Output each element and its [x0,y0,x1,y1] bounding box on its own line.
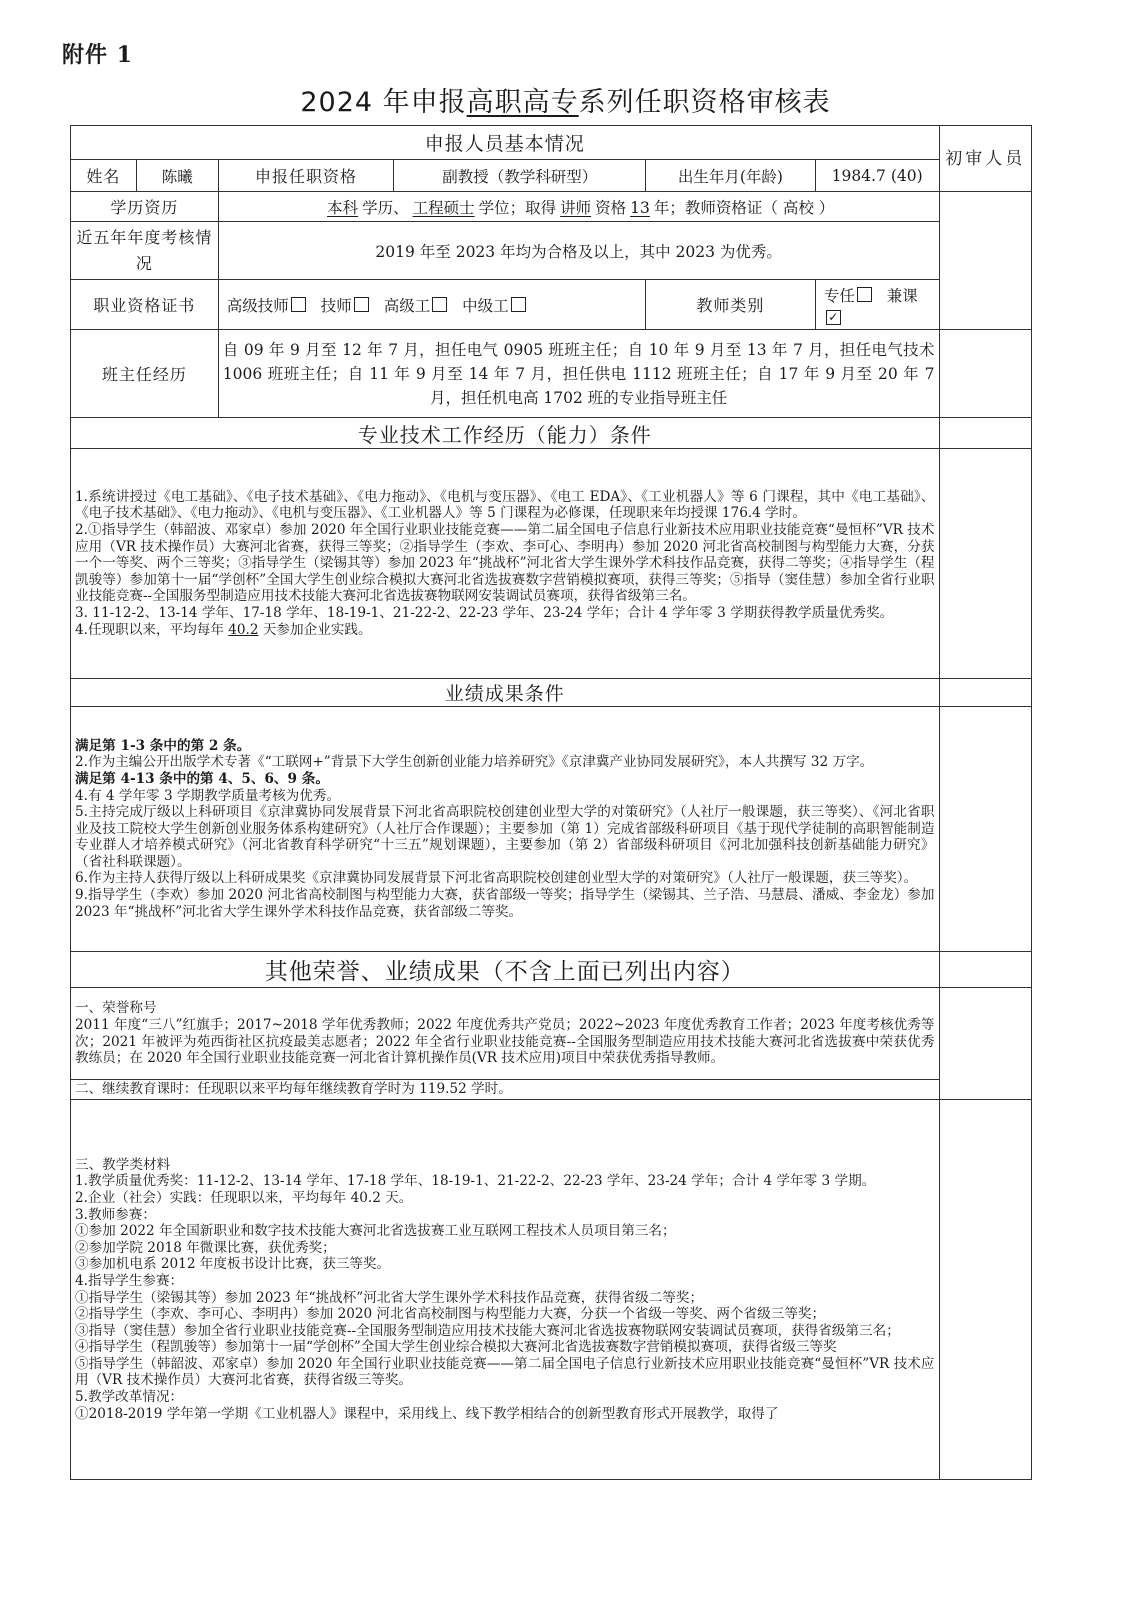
education-hours: 二、继续教育课时：任现职以来平均每年继续教育学时为 119.52 学时。 [71,1080,940,1100]
achievements-content: 满足第 1-3 条中的第 2 条。 2.作为主编公开出版学术专著《“工联网+”背… [71,707,940,952]
reviewer-cell-professional-head [939,418,1031,449]
head-teacher-label: 班主任经历 [71,330,219,418]
teacher-type-options: 专任 兼课✓ [815,280,939,330]
professional-item-3: 3. 11-12-2、13-14 学年、17-18 学年、18-19-1、21-… [75,605,935,622]
qualification-review-form: 申报人员基本情况 初审人员 姓名 陈曦 申报任职资格 副教授（教学科研型） 出生… [70,125,1032,1480]
name-label: 姓名 [71,160,137,192]
section-achievements-title: 业绩成果条件 [71,679,940,707]
professional-item-2: 2.①指导学生（韩韶波、邓家卓）参加 2020 年全国行业职业技能竞赛——第二届… [75,522,935,605]
checkbox-full-time[interactable] [857,287,872,302]
qualification-value: 副教授（教学科研型） [394,160,646,192]
reviewer-cell-achievements [939,707,1031,952]
checkbox-intermediate-worker[interactable] [511,297,526,312]
achievement-line: 满足第 1-3 条中的第 2 条。 [75,738,935,755]
reviewer-cell-achievements-head [939,679,1031,707]
section-other-title: 其他荣誉、业绩成果（不含上面已列出内容） [71,952,940,988]
checkbox-senior-technician[interactable] [291,297,306,312]
achievement-line: 5.主持完成厅级以上科研项目《京津冀协同发展背景下河北省高职院校创建创业型大学的… [75,804,935,870]
professional-item-4: 4.任现职以来，平均每年 40.2 天参加企业实践。 [75,622,935,639]
professional-content: 1.系统讲授过《电工基础》、《电子技术基础》、《电力拖动》、《电机与变压器》、《… [71,449,940,679]
education-value: 本科学历、工程硕士学位；取得讲师资格13年；教师资格证（ 高校 ） [218,192,939,222]
qualification-label: 申报任职资格 [218,160,394,192]
honors-text: 2011 年度“三八”红旗手；2017~2018 学年优秀教师；2022 年度优… [75,1017,935,1067]
assessment-value: 2019 年至 2023 年均为合格及以上，其中 2023 为优秀。 [218,222,939,280]
reviewer-cell-professional [939,449,1031,679]
birth-label: 出生年月(年龄) [646,160,816,192]
achievement-line: 6.作为主持人获得厅级以上科研成果奖《京津冀协同发展背景下河北省高职院校创建创业… [75,870,935,887]
honors-heading: 一、荣誉称号 [75,1000,935,1017]
honors-content: 一、荣誉称号 2011 年度“三八”红旗手；2017~2018 学年优秀教师；2… [71,988,940,1080]
assessment-label: 近五年年度考核情况 [71,222,219,280]
achievement-line: 4.有 4 学年零 3 学期教学质量考核为优秀。 [75,788,935,805]
teacher-type-label: 教师类别 [646,280,816,330]
checkbox-part-time-checked[interactable]: ✓ [826,310,841,325]
certificate-label: 职业资格证书 [71,280,219,330]
birth-value: 1984.7 (40) [815,160,939,192]
reviewer-cell-basic [939,192,1031,330]
checkbox-senior-worker[interactable] [432,297,447,312]
achievement-line: 9.指导学生（李欢）参加 2020 河北省高校制图与构型能力大赛，获省部级一等奖… [75,887,935,920]
attachment-label: 附件 1 [62,38,133,69]
achievement-line: 2.作为主编公开出版学术专著《“工联网+”背景下大学生创新创业能力培养研究》《京… [75,754,935,771]
head-teacher-value: 自 09 年 9 月至 12 年 7 月，担任电气 0905 班班主任；自 10… [218,330,939,418]
reviewer-cell-honors [939,988,1031,1100]
title-underlined-category: 高职高专 [467,87,579,118]
professional-item-1: 1.系统讲授过《电工基础》、《电子技术基础》、《电力拖动》、《电机与变压器》、《… [75,489,935,522]
education-label: 学历资历 [71,192,219,222]
certificate-options: 高级技师 技师 高级工 中级工 [218,280,645,330]
achievement-line: 满足第 4-13 条中的第 4、5、6、9 条。 [75,771,935,788]
reviewer-cell-head-teacher [939,330,1031,418]
document-title: 2024 年申报高职高专系列任职资格审核表 [0,80,1131,119]
section-professional-title: 专业技术工作经历（能力）条件 [71,418,940,449]
teaching-materials: 三、教学类材料 1.教学质量优秀奖：11-12-2、13-14 学年、17-18… [71,1100,940,1480]
reviewer-cell-other-head [939,952,1031,988]
reviewer-column-header: 初审人员 [939,126,1031,192]
reviewer-cell-teaching [939,1100,1031,1480]
checkbox-technician[interactable] [354,297,369,312]
section-basic-info-title: 申报人员基本情况 [71,126,940,160]
name-value: 陈曦 [136,160,218,192]
